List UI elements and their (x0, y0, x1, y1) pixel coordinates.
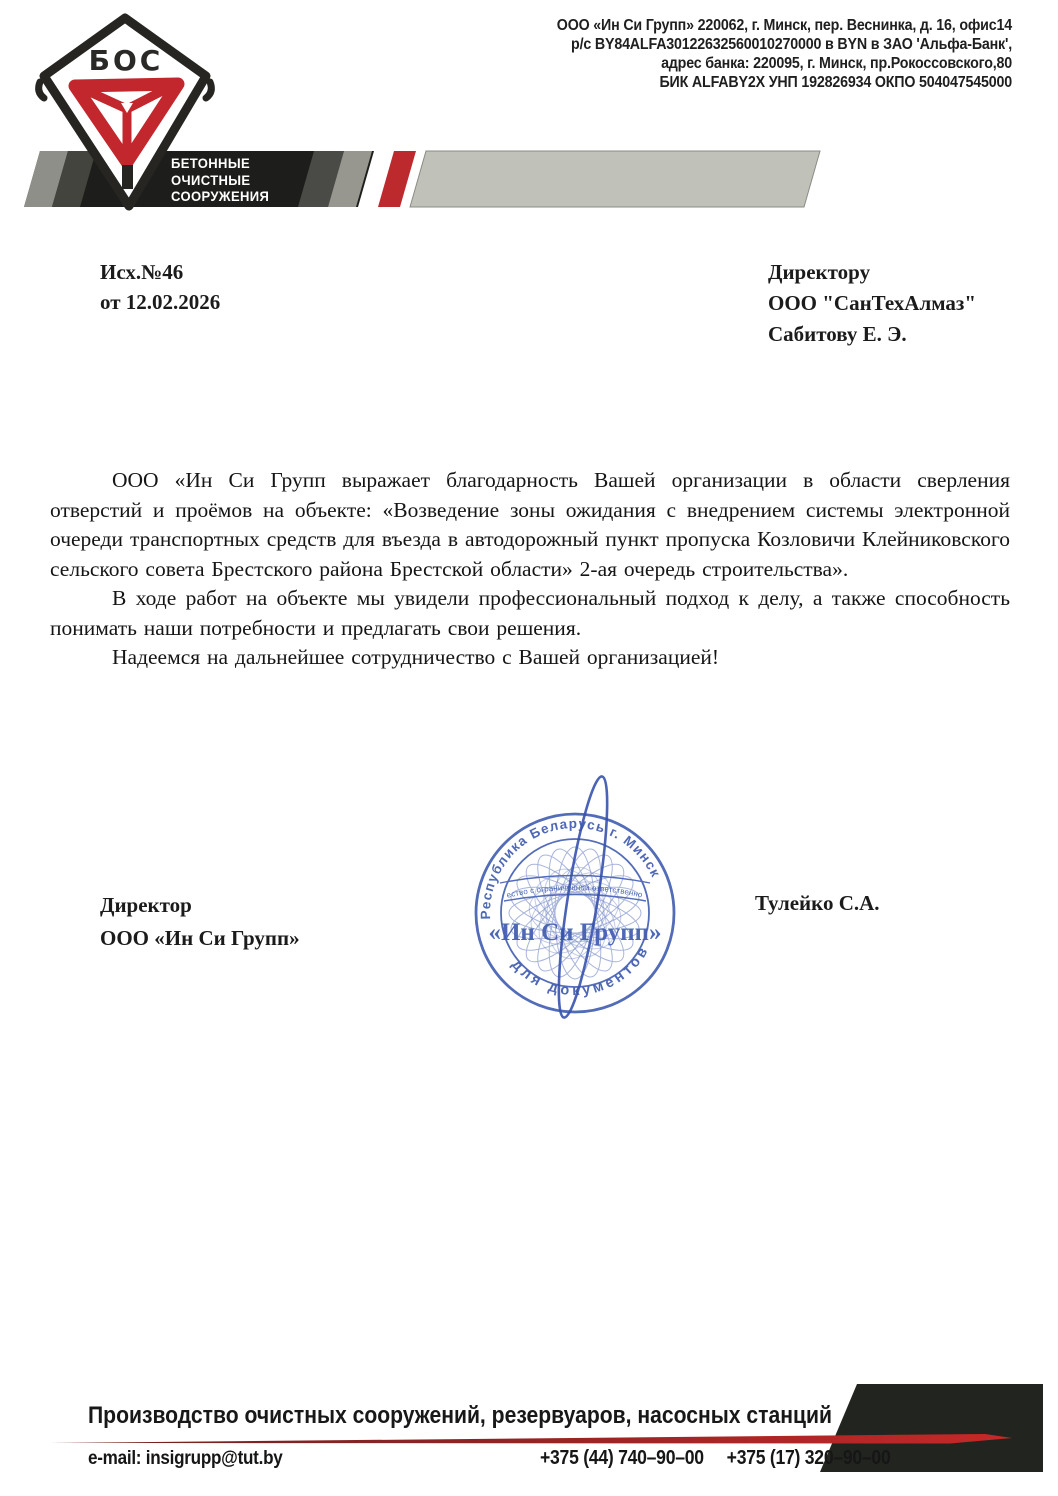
footer-red-line (50, 1434, 1012, 1444)
footer-phone: +375 (17) 320–90–00 (727, 1447, 891, 1470)
banner-caption-line: СООРУЖЕНИЯ (171, 188, 269, 205)
footer-phones: +375 (44) 740–90–00 +375 (17) 320–90–00 (540, 1447, 890, 1470)
ref-date: от 12.02.2026 (100, 287, 220, 317)
letter-page: ООО «Ин Си Групп» 220062, г. Минск, пер.… (0, 0, 1058, 1496)
footer-email: e-mail: insigrupp@tut.by (88, 1448, 282, 1470)
outgoing-ref: Исх.№46 от 12.02.2026 (100, 257, 220, 317)
logo-stem (122, 165, 133, 189)
addressee-line: ООО "СанТехАлмаз" (768, 288, 1028, 319)
footer-phone: +375 (44) 740–90–00 (540, 1447, 704, 1470)
ref-number: Исх.№46 (100, 257, 220, 287)
banner-caption-line: БЕТОННЫЕ (171, 155, 269, 172)
addressee-line: Сабитову Е. Э. (768, 319, 1028, 350)
letter-body: ООО «Ин Си Групп выражает благодарность … (50, 466, 1010, 673)
paragraph: Надеемся на дальнейшее сотрудничество с … (50, 643, 1010, 673)
addressee-line: Директору (768, 257, 1028, 288)
kite-hook-right (206, 82, 211, 98)
stamp-rosette (506, 844, 644, 982)
company-stamp: Республика Беларусь г. Минск Общество с … (420, 742, 740, 1034)
signer-position: Директор ООО «Ин Си Групп» (100, 889, 300, 955)
kite-hook-left (39, 82, 44, 98)
signer-position-line: Директор (100, 889, 300, 922)
signer-position-line: ООО «Ин Си Групп» (100, 922, 300, 955)
logo-abbr: БОС (89, 44, 164, 77)
footer-graphics (0, 1370, 1058, 1496)
stamp-center-name: «Ин Си Групп» (488, 919, 661, 946)
addressee-block: Директору ООО "СанТехАлмаз" Сабитову Е. … (768, 257, 1028, 350)
banner-caption-line: ОЧИСТНЫЕ (171, 172, 269, 189)
paragraph: ООО «Ин Си Групп выражает благодарность … (50, 466, 1010, 584)
footer-tagline: Производство очистных сооружений, резерв… (88, 1402, 832, 1430)
paragraph: В ходе работ на объекте мы увидели профе… (50, 584, 1010, 643)
banner-caption: БЕТОННЫЕ ОЧИСТНЫЕ СООРУЖЕНИЯ (171, 155, 269, 205)
signer-name: Тулейко С.А. (755, 891, 880, 916)
